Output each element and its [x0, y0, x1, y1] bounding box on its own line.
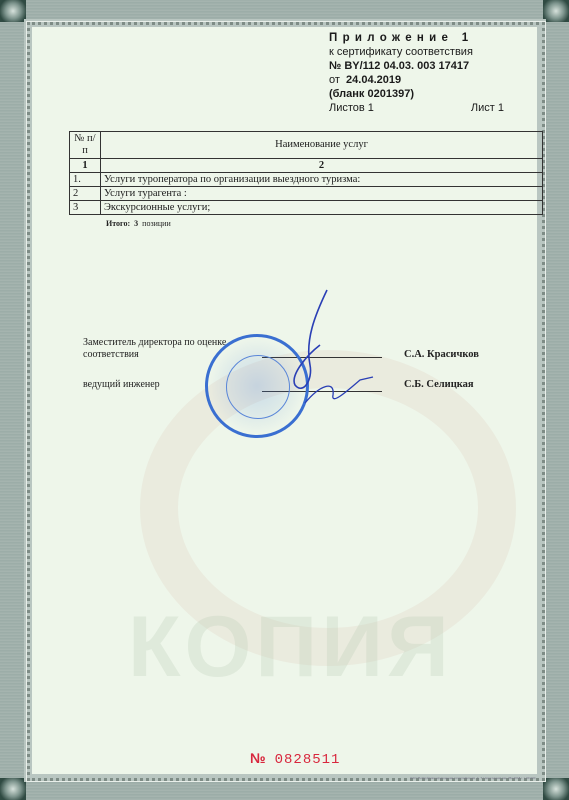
header-service-name: Наименование услуг [101, 132, 543, 159]
table-row: 1. Услуги туроператора по организации вы… [70, 173, 543, 187]
watermark-copy: КОПИЯ [128, 598, 453, 697]
table-row: 3 Экскурсионные услуги; [70, 201, 543, 215]
services-table: № п/п Наименование услуг 1 2 1. Услуги т… [69, 131, 543, 215]
corner-ornament [0, 0, 26, 22]
table-header-row: № п/п Наименование услуг [70, 132, 543, 159]
signature-scribble [265, 285, 375, 415]
blank-number: (бланк 0201397) [329, 87, 504, 101]
corner-ornament [543, 0, 569, 22]
signatory-name-2: С.Б. Селицкая [404, 379, 474, 390]
serial-number: №0828511 [250, 750, 340, 768]
printer-note: ОАО "Бобруйская укрупненная типография и… [410, 776, 535, 780]
total-line: Итого: 3 позиции [106, 219, 171, 228]
signatory-role-2: ведущий инженер [83, 379, 160, 391]
header-number: № п/п [70, 132, 101, 159]
sheet-info: Листов 1 Лист 1 [329, 101, 504, 115]
col-index-1: 1 [70, 159, 101, 173]
certificate-date: от 24.04.2019 [329, 73, 504, 87]
corner-ornament [543, 778, 569, 800]
table-row: 2 Услуги турагента : [70, 187, 543, 201]
certificate-number: № BY/112 04.03. 003 17417 [329, 59, 504, 73]
col-index-2: 2 [101, 159, 543, 173]
appendix-title: Приложение 1 [329, 31, 504, 45]
sheets-total: Листов 1 [329, 101, 374, 115]
table-index-row: 1 2 [70, 159, 543, 173]
corner-ornament [0, 778, 26, 800]
sheet-current: Лист 1 [471, 101, 504, 115]
appendix-subtitle: к сертификату соответствия [329, 45, 504, 59]
appendix-header: Приложение 1 к сертификату соответствия … [329, 31, 504, 115]
signatory-name-1: С.А. Красичков [404, 349, 479, 360]
